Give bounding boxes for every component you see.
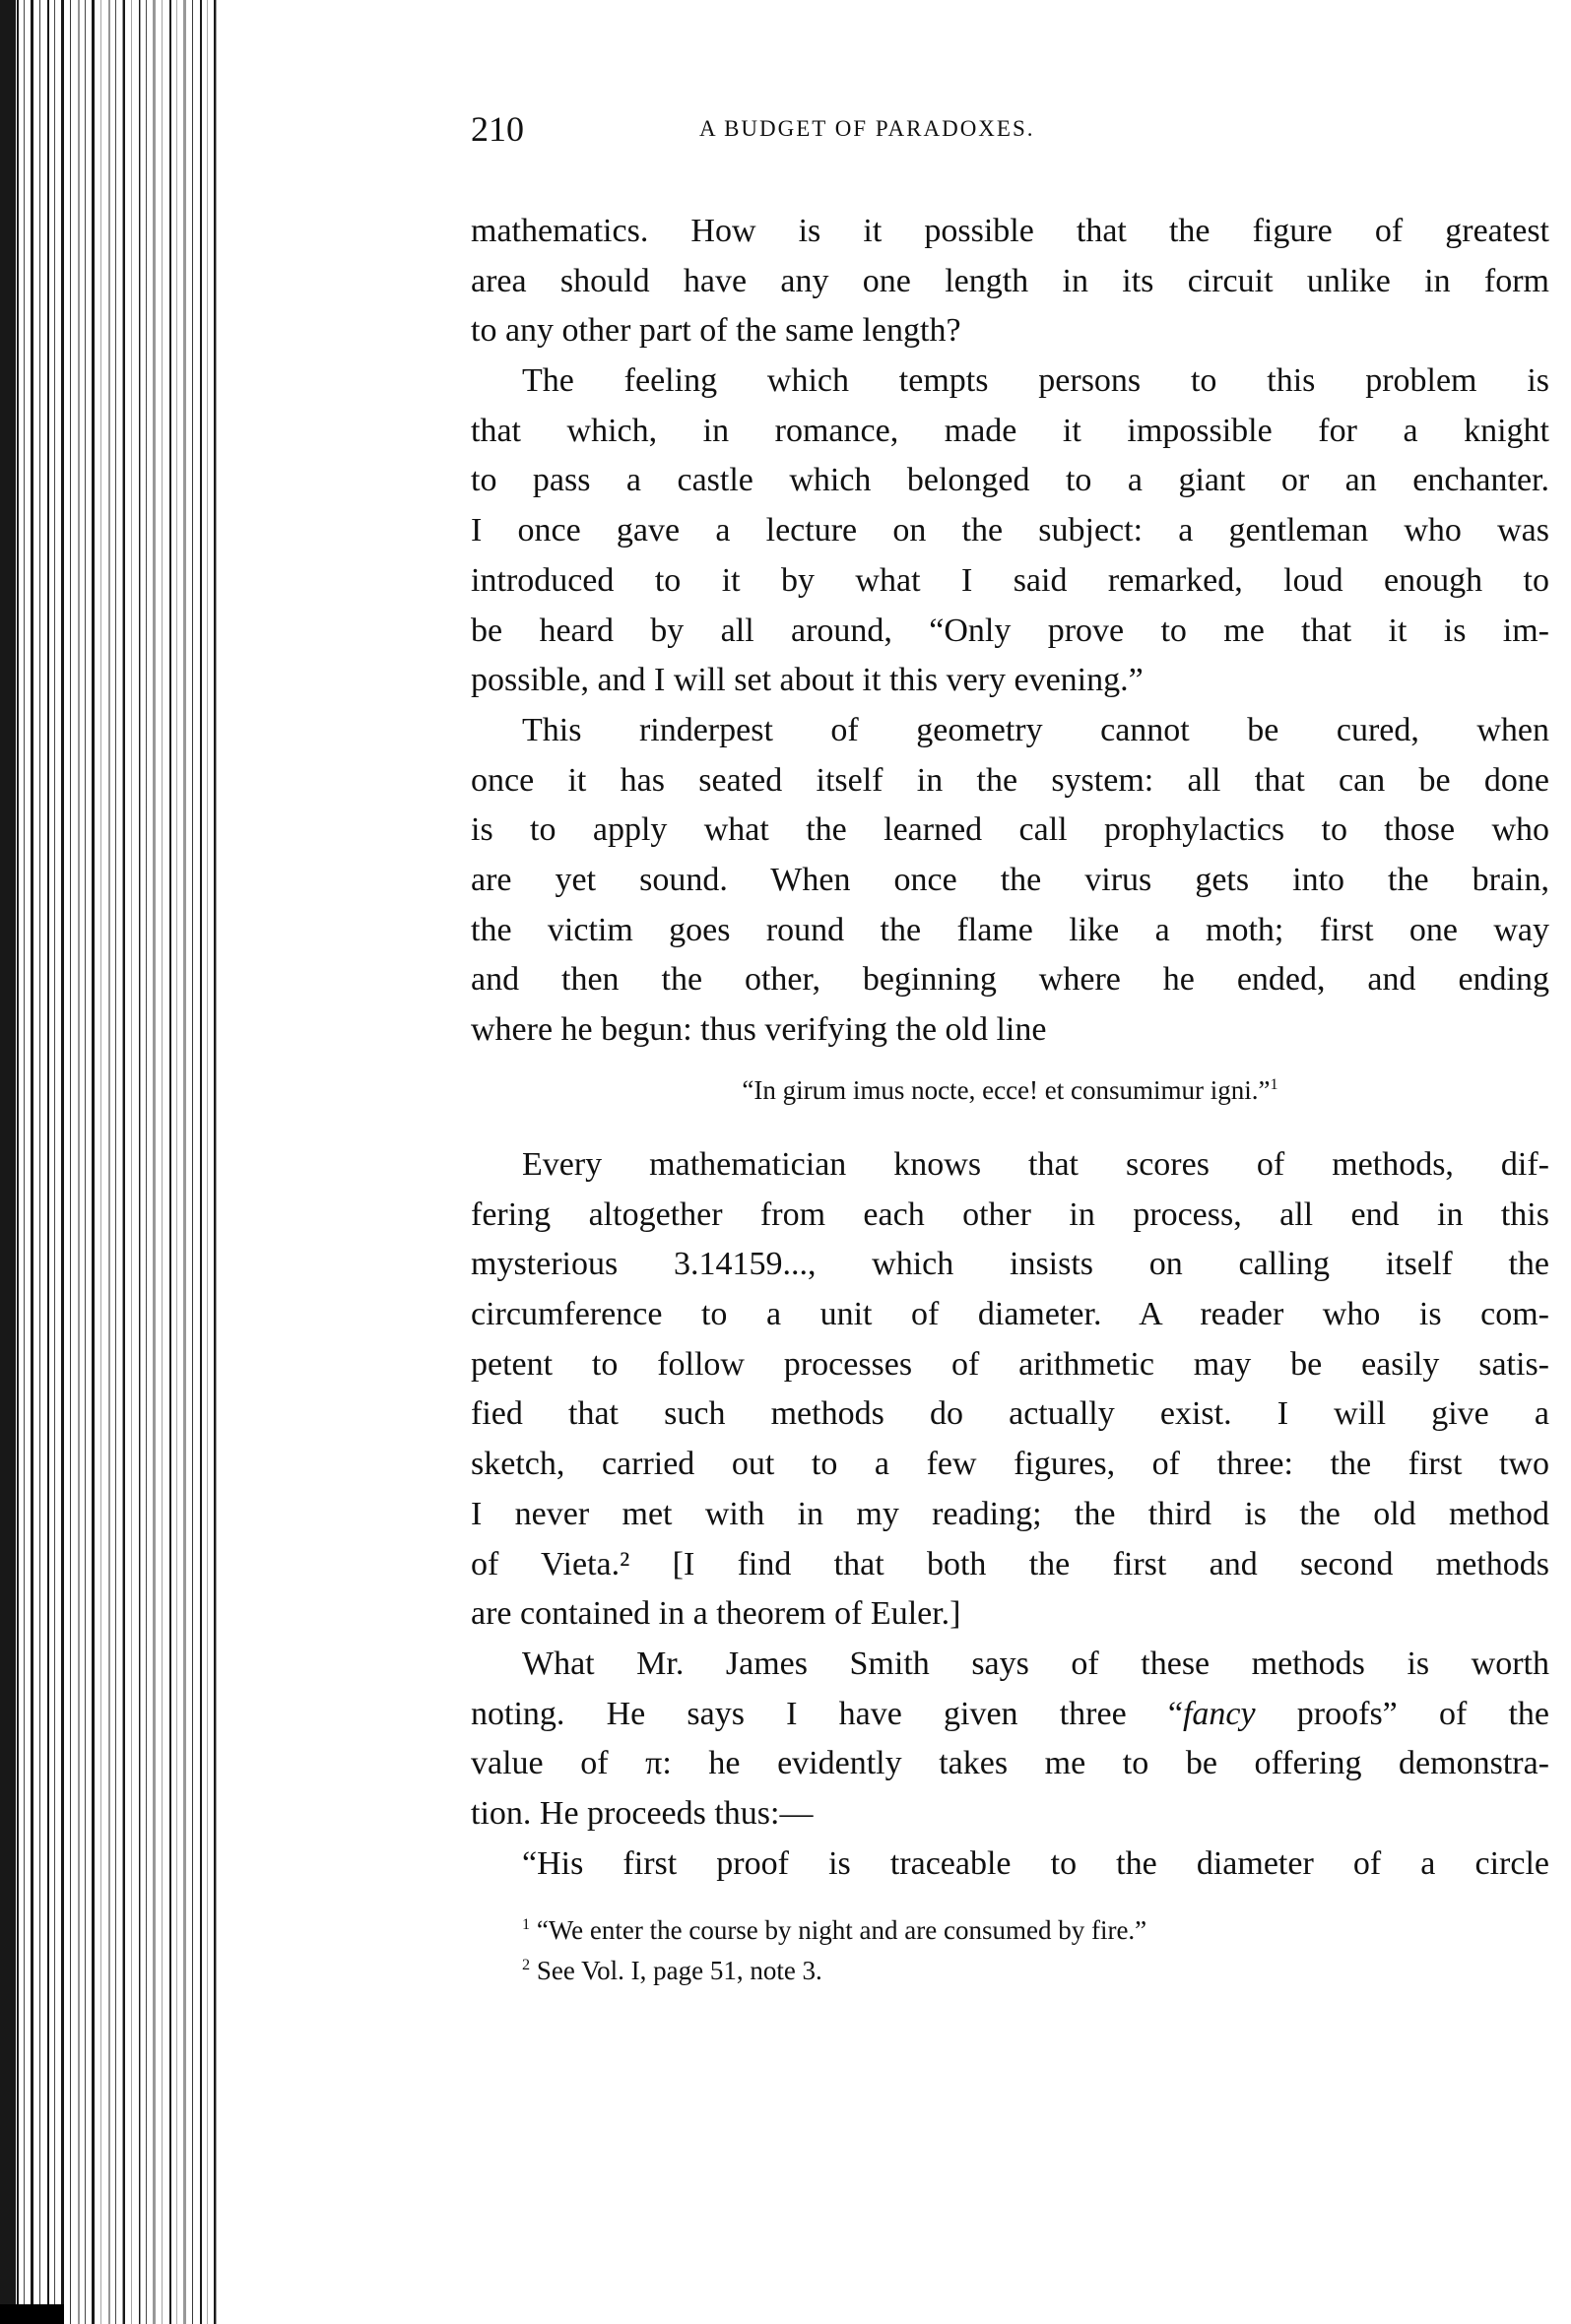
text-line: of Vieta.² [I find that both the first a… (471, 1540, 1549, 1590)
text-line: fied that such methods do actually exist… (471, 1389, 1549, 1440)
quote-text: “In girum imus nocte, ecce! et consumimu… (742, 1075, 1270, 1105)
text-line: fering altogether from each other in pro… (471, 1191, 1549, 1241)
text-line: introduced to it by what I said remarked… (471, 556, 1549, 607)
text-line: noting. He says I have given three “fanc… (471, 1690, 1549, 1740)
text-line: where he begun: thus verifying the old l… (471, 1005, 1549, 1056)
text-line: I once gave a lecture on the subject: a … (471, 506, 1549, 556)
running-header: 210 A BUDGET OF PARADOXES. (471, 108, 1549, 153)
latin-quote: “In girum imus nocte, ecce! et consumimu… (471, 1075, 1549, 1106)
text-line: Every mathematician knows that scores of… (471, 1140, 1549, 1191)
text-line: the victim goes round the flame like a m… (471, 906, 1549, 956)
text-line: What Mr. James Smith says of these metho… (471, 1640, 1549, 1690)
text-span: noting. He says I have given three “ (471, 1696, 1183, 1732)
text-line: possible, and I will set about it this v… (471, 656, 1549, 706)
text-line: petent to follow processes of arithmetic… (471, 1340, 1549, 1390)
footnote-text: “We enter the course by night and are co… (537, 1915, 1146, 1945)
footnote-marker: 2 (522, 1956, 530, 1973)
text-line: The feeling which tempts persons to this… (471, 356, 1549, 407)
text-line: are contained in a theorem of Euler.] (471, 1589, 1549, 1640)
italic-word: fancy (1183, 1696, 1256, 1732)
footnote-2: 2 See Vol. I, page 51, note 3. (522, 1956, 822, 1986)
text-line: once it has seated itself in the system:… (471, 756, 1549, 807)
text-line: value of π: he evidently takes me to be … (471, 1739, 1549, 1789)
text-line: This rinderpest of geometry cannot be cu… (471, 706, 1549, 756)
scan-border (0, 2304, 64, 2324)
text-line: tion. He proceeds thus:— (471, 1789, 1549, 1840)
footnote-marker: 1 (1271, 1075, 1278, 1093)
text-line: to pass a castle which belonged to a gia… (471, 456, 1549, 506)
text-line: area should have any one length in its c… (471, 257, 1549, 307)
text-line: and then the other, beginning where he e… (471, 955, 1549, 1005)
page-number: 210 (471, 108, 524, 150)
running-title: A BUDGET OF PARADOXES. (699, 116, 1035, 142)
page-edge-shading (69, 0, 217, 2324)
text-line: mysterious 3.14159..., which insists on … (471, 1240, 1549, 1290)
text-line: that which, in romance, made it impossib… (471, 407, 1549, 457)
paragraph-block-1: mathematics. How is it possible that the… (471, 207, 1549, 1056)
footnote-marker: 1 (522, 1915, 530, 1933)
text-line: is to apply what the learned call prophy… (471, 806, 1549, 856)
text-line: “His first proof is traceable to the dia… (471, 1840, 1549, 1890)
text-line: sketch, carried out to a few figures, of… (471, 1440, 1549, 1490)
text-line: to any other part of the same length? (471, 306, 1549, 356)
footnote-1: 1 “We enter the course by night and are … (522, 1915, 1146, 1946)
paragraph-block-2: Every mathematician knows that scores of… (471, 1140, 1549, 1889)
text-line: circumference to a unit of diameter. A r… (471, 1290, 1549, 1340)
text-line: be heard by all around, “Only prove to m… (471, 607, 1549, 657)
footnote-text: See Vol. I, page 51, note 3. (537, 1956, 822, 1985)
text-line: I never met with in my reading; the thir… (471, 1490, 1549, 1540)
text-line: mathematics. How is it possible that the… (471, 207, 1549, 257)
text-line: are yet sound. When once the virus gets … (471, 856, 1549, 906)
text-span: proofs” of the (1256, 1696, 1549, 1732)
